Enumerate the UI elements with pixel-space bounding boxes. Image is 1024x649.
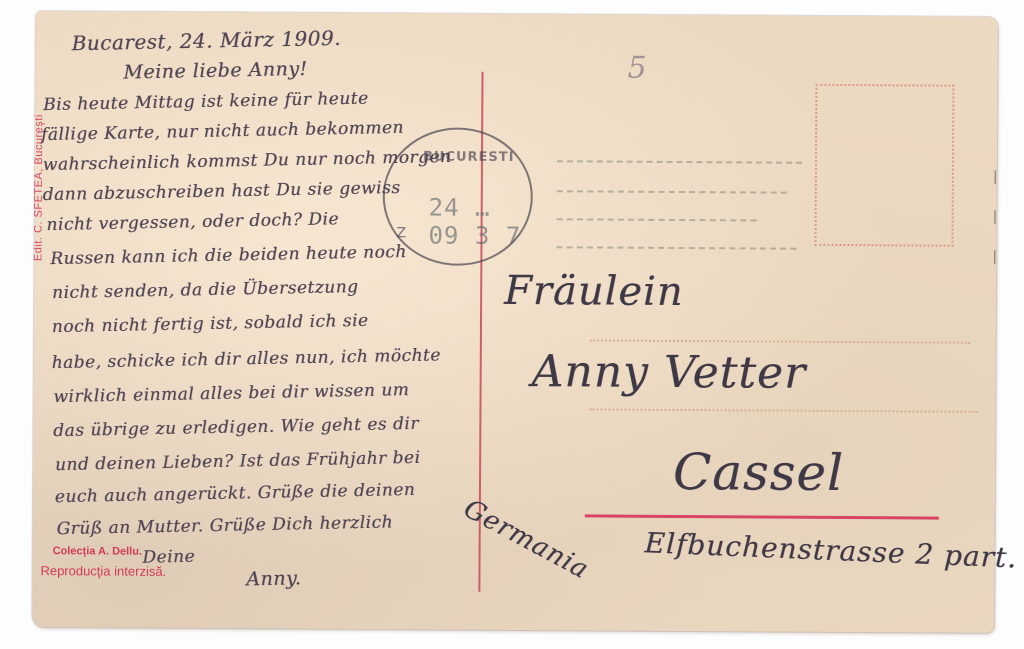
message-line: habe, schicke ich dir alles nun, ich möc… xyxy=(52,345,442,373)
cancel-line xyxy=(557,160,802,163)
address-salutation: Fräulein xyxy=(504,268,684,315)
scan-background: 5 Edit. C. SFETEA, Bucureşti Bucarest, 2… xyxy=(0,0,1024,649)
cancel-line xyxy=(557,190,787,193)
postmark: BUCURESTI 24 … 09 3 7 Z xyxy=(382,127,533,266)
message-line: dann abzuschreiben hast Du sie gewiss xyxy=(43,178,401,205)
stamp-placeholder-box xyxy=(814,84,954,247)
message-line: noch nicht fertig ist, sobald ich sie xyxy=(52,311,369,337)
message-date-line: Bucarest, 24. März 1909. xyxy=(71,26,341,55)
collection-imprint: Colecţia A. Dellu. xyxy=(53,545,143,558)
address-line xyxy=(589,408,977,412)
message-line: und deinen Lieben? Ist das Frühjahr bei xyxy=(55,448,421,475)
address-name: Anny Vetter xyxy=(532,346,807,399)
address-line xyxy=(590,339,970,343)
message-greeting: Meine liebe Anny! xyxy=(123,58,308,84)
message-line: nicht vergessen, oder doch? Die xyxy=(46,209,339,235)
edge-ink-marks: | | | xyxy=(992,157,1001,277)
message-line: Russen kann ich die beiden heute noch xyxy=(50,242,407,269)
address-city: Cassel xyxy=(673,443,844,502)
message-line: euch auch angerückt. Grüße die deinen xyxy=(55,480,416,507)
address-street: Elfbuchenstrasse 2 part. xyxy=(644,526,1018,574)
cancel-line xyxy=(557,218,757,221)
postcard: 5 Edit. C. SFETEA, Bucureşti Bucarest, 2… xyxy=(32,11,998,633)
message-line: Grüß an Mutter. Grüße Dich herzlich xyxy=(57,512,394,539)
message-line: nicht senden, da die Übersetzung xyxy=(52,277,359,303)
postmark-city: BUCURESTI xyxy=(423,149,515,165)
cancel-line xyxy=(556,246,796,249)
postmark-date: 24 … 09 3 7 xyxy=(428,193,530,250)
message-line: wirklich einmal alles bei dir wissen um xyxy=(53,380,409,407)
pencil-number: 5 xyxy=(627,51,646,86)
message-signature: Anny. xyxy=(246,567,301,590)
message-line: Bis heute Mittag ist keine für heute xyxy=(43,89,369,116)
message-line: fällige Karte, nur nicht auch bekommen xyxy=(41,118,404,145)
reproduction-notice: Reproducţia interzisă. xyxy=(40,563,166,579)
postmark-letter: Z xyxy=(396,225,406,241)
message-line: das übrige zu erledigen. Wie geht es dir xyxy=(53,414,419,441)
address-underline xyxy=(585,514,939,519)
